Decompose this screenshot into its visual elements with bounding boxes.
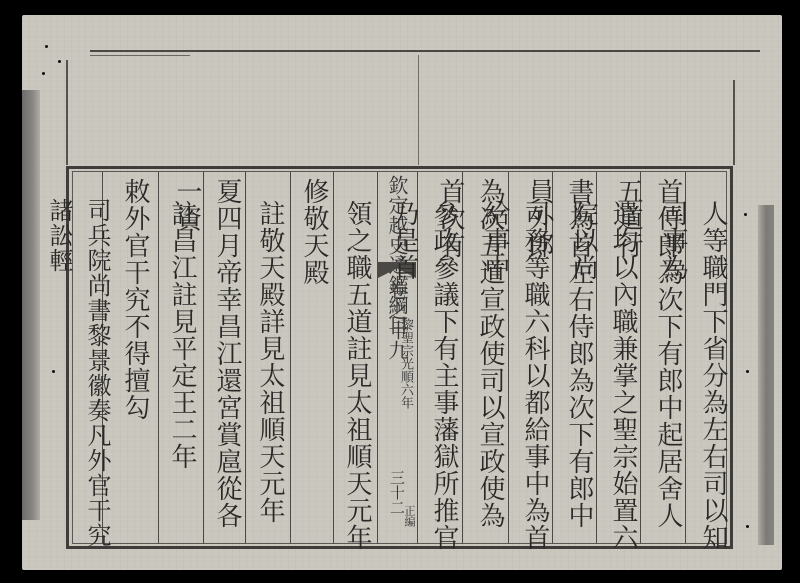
text-column-6: 為次五道宣政使司以宣政使為首次有 [470,178,510,538]
reign-year: 黎聖宗光順六年 [396,318,414,409]
paper-speck [58,60,61,63]
right-page-edge-shading [758,205,774,545]
paper-speck [746,370,749,373]
text-column-9: 修敬天殿 [294,178,334,538]
upper-margin-right-line [733,80,735,165]
paper-speck [42,72,45,75]
upper-margin-center-line [418,55,419,165]
text-column-11: 夏四月帝幸昌江還宮賞扈從各一資 [207,178,247,538]
paper-speck [744,213,747,216]
text-column-3: 遣均以內職兼掌之聖宗始置六院以尚 [603,200,643,560]
text-column-4: 書為首左右侍郎為次下有郎中員外郎 [559,178,599,538]
column-divider [377,171,378,544]
top-margin-rule-secondary [90,55,190,56]
text-column-1: 人等職門下省分為左右司以知司事為 [693,200,733,560]
paper-speck [746,525,749,528]
paper-speck [52,370,55,373]
text-column-2: 首侍郎為次下有郎中起居舍人五道行 [648,178,688,538]
text-column-12: 註昌江註見平定王二年 [162,200,202,560]
text-column-7: 參政參議下有主事藩獄所推官乃是首 [424,200,464,560]
edition-mark: 正編 [402,505,416,527]
text-column-13: 敕外官干究不得擅勾 [115,178,155,538]
left-page-edge-shading [22,90,40,520]
text-column-14: 司兵院尚書黎景徽奏凡外官干究諸訟輕 [76,198,116,558]
column-divider [158,171,159,544]
text-column-5: 司務等職六科以都給事中為首給事中 [515,200,555,560]
text-column-10: 註敬天殿詳見太祖順天元年 [250,200,290,560]
paper-speck [45,45,48,48]
text-column-8: 領之職五道註見太祖順天元年 [337,200,377,560]
column-divider [290,171,291,544]
upper-margin-left-line [66,60,68,165]
top-margin-rule [90,50,760,52]
